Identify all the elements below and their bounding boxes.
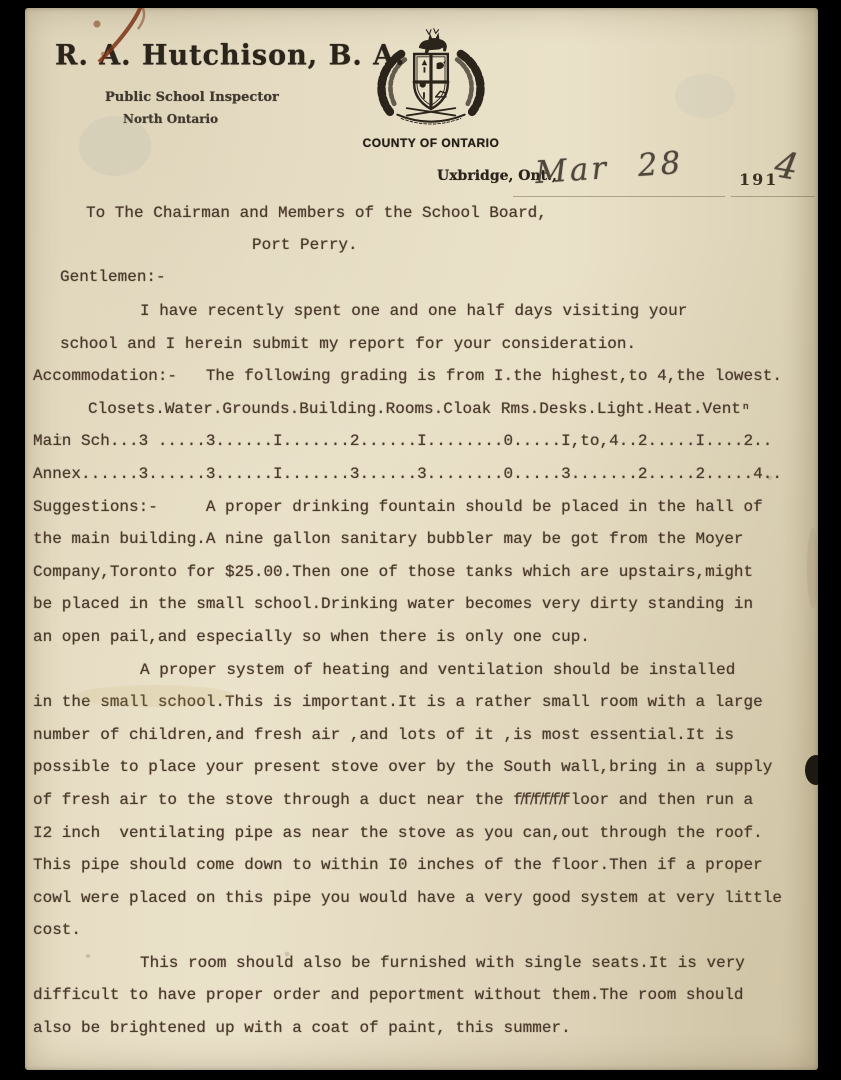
letterhead-name: R. A. Hutchison, B. A. xyxy=(55,39,406,71)
typed-line: cowl were placed on this pipe you would … xyxy=(33,889,813,922)
handwritten-date: Mar 28 xyxy=(534,145,684,191)
county-of-ontario-crest-icon xyxy=(361,26,501,138)
typed-line: possible to place your present stove ove… xyxy=(33,758,813,791)
typed-line: difficult to have proper order and pepor… xyxy=(33,986,813,1019)
body-lines: I have recently spent one and one half d… xyxy=(33,302,813,1052)
year-rule xyxy=(731,196,815,197)
typed-line: cost. xyxy=(33,921,813,954)
typed-line: also be brightened up with a coat of pai… xyxy=(33,1019,813,1052)
typed-line: Suggestions:- A proper drinking fountain… xyxy=(33,498,813,531)
scanned-letter-screenshot: { "colors": { "background": "#000000", "… xyxy=(0,0,841,1080)
typed-line: Main Sch...3 .....3......I.......2......… xyxy=(33,432,813,465)
typed-line: number of children,and fresh air ,and lo… xyxy=(33,726,813,759)
letterhead-district: North Ontario xyxy=(123,112,218,126)
typed-line: the main building.A nine gallon sanitary… xyxy=(33,530,813,563)
recipient-line-1: To The Chairman and Members of the Schoo… xyxy=(86,204,547,222)
typed-line: Company,Toronto for $25.00.Then one of t… xyxy=(33,563,813,596)
recipient-line-2: Port Perry. xyxy=(252,236,358,254)
typed-line: in the small school.This is important.It… xyxy=(33,693,813,726)
letterhead-title: Public School Inspector xyxy=(105,90,279,105)
typed-line: an open pail,and especially so when ther… xyxy=(33,628,813,661)
letter-page: R. A. Hutchison, B. A. Public School Ins… xyxy=(25,8,818,1070)
typed-line: A proper system of heating and ventilati… xyxy=(33,661,813,694)
date-rule xyxy=(513,196,725,197)
typed-line: I2 inch ventilating pipe as near the sto… xyxy=(33,824,813,857)
typed-line: This pipe should come down to within I0 … xyxy=(33,856,813,889)
typed-line: be placed in the small school.Drinking w… xyxy=(33,595,813,628)
typed-line: Annex......3......3......I.......3......… xyxy=(33,465,813,498)
typed-line: I have recently spent one and one half d… xyxy=(33,302,813,335)
typed-line: Closets.Water.Grounds.Building.Rooms.Clo… xyxy=(33,400,813,433)
typed-line: This room should also be furnished with … xyxy=(33,954,813,987)
typed-line: Accommodation:- The following grading is… xyxy=(33,367,813,400)
typed-line: school and I herein submit my report for… xyxy=(33,335,813,368)
salutation: Gentlemen:- xyxy=(60,268,166,286)
crest-caption: COUNTY OF ONTARIO xyxy=(361,136,501,150)
typed-line: of fresh air to the stove through a duct… xyxy=(33,791,813,824)
handwritten-year-digit: 4 xyxy=(772,144,802,188)
